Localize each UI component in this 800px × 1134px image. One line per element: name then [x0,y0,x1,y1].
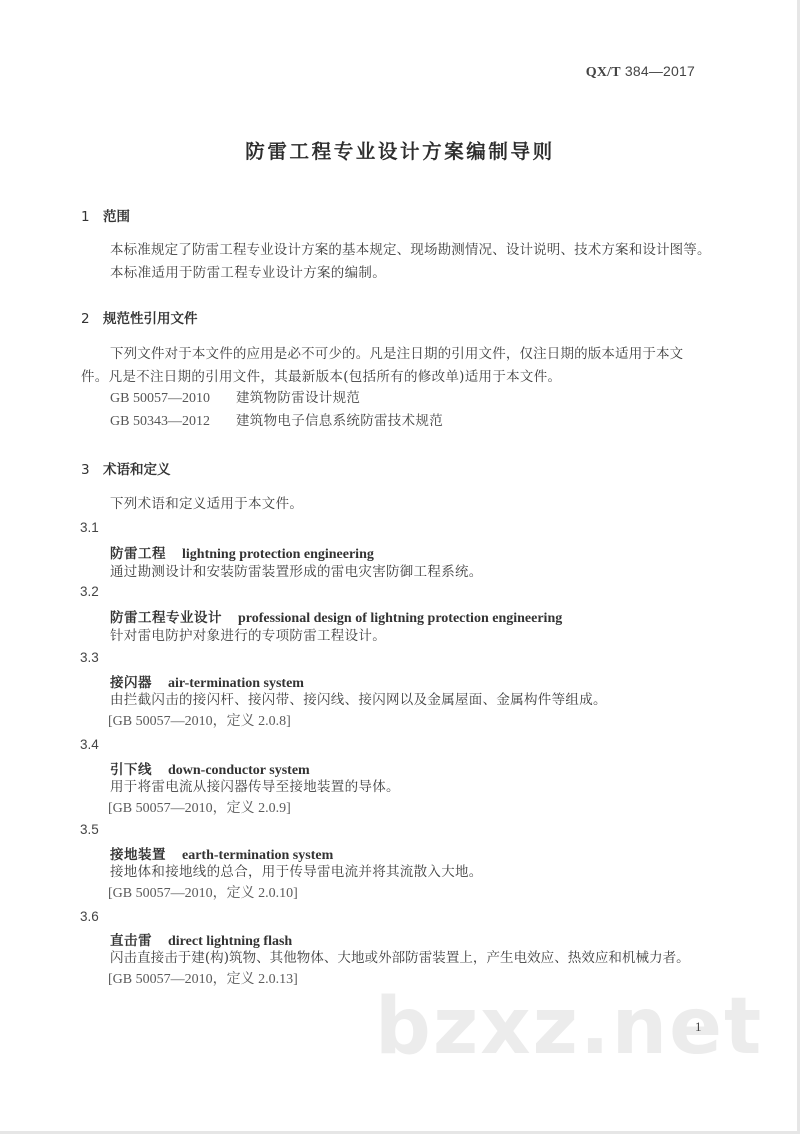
section-title: 术语和定义 [103,462,171,478]
section-title: 规范性引用文件 [103,311,198,327]
term-definition: 通过勘测设计和安装防雷装置形成的雷电灾害防御工程系统。 [110,566,483,580]
term-zh: 接闪器 [110,675,152,691]
watermark: bzxz.net [375,988,763,1066]
term-zh: 防雷工程专业设计 [110,610,222,626]
term-zh: 接地装置 [110,847,166,863]
section-1-heading: 1范围 [81,205,130,225]
paragraph: 本标准规定了防雷工程专业设计方案的基本规定、现场勘测情况、设计说明、技术方案和设… [110,244,711,258]
term-source: [GB 50057—2010，定义 2.0.8] [108,715,291,729]
term-definition: 用于将雷电流从接闪器传导至接地装置的导体。 [110,781,400,795]
term-zh: 直击雷 [110,933,152,949]
section-number: 2 [81,311,103,327]
term-zh: 防雷工程 [110,546,166,562]
term-en: professional design of lightning protect… [238,611,562,626]
standard-code-number: 384—2017 [625,63,695,79]
section-number: 3 [81,462,103,478]
page-number: 1 [695,1019,702,1035]
term-heading: 接地装置earth-termination system [110,843,333,864]
reference-item: GB 50057—2010建筑物防雷设计规范 [110,392,360,406]
section-title: 范围 [103,209,130,225]
reference-title: 建筑物电子信息系统防雷技术规范 [236,413,443,429]
term-heading: 直击雷direct lightning flash [110,929,292,950]
clause-number: 3.2 [80,584,99,599]
clause-number: 3.4 [80,737,99,752]
term-definition: 闪击直接击于建(构)筑物、其他物体、大地或外部防雷装置上，产生电效应、热效应和机… [110,952,690,966]
paragraph-line: 下列文件对于本文件的应用是必不可少的。凡是注日期的引用文件，仅注日期的版本适用于… [110,348,683,362]
document-title: 防雷工程专业设计方案编制导则 [0,136,800,164]
term-source: [GB 50057—2010，定义 2.0.13] [108,973,298,987]
term-heading: 防雷工程专业设计professional design of lightning… [110,606,562,627]
section-2-heading: 2规范性引用文件 [81,307,198,327]
clause-number: 3.5 [80,822,99,837]
term-heading: 防雷工程lightning protection engineering [110,542,374,563]
clause-number: 3.1 [80,520,99,535]
term-heading: 接闪器air-termination system [110,671,304,692]
section-3-heading: 3术语和定义 [81,458,171,478]
reference-code: GB 50057—2010 [110,392,236,406]
reference-code: GB 50343—2012 [110,415,236,429]
reference-item: GB 50343—2012建筑物电子信息系统防雷技术规范 [110,415,443,429]
paragraph-line: 件。凡是不注日期的引用文件，其最新版本(包括所有的修改单)适用于本文件。 [81,371,561,385]
term-definition: 针对雷电防护对象进行的专项防雷工程设计。 [110,630,386,644]
term-heading: 引下线down-conductor system [110,758,310,779]
paragraph: 下列术语和定义适用于本文件。 [110,498,303,512]
term-source: [GB 50057—2010，定义 2.0.9] [108,802,291,816]
term-zh: 引下线 [110,762,152,778]
term-en: earth-termination system [182,848,333,863]
paragraph: 本标准适用于防雷工程专业设计方案的编制。 [110,267,386,281]
term-definition: 接地体和接地线的总合，用于传导雷电流并将其流散入大地。 [110,866,483,880]
term-en: air-termination system [168,676,304,691]
document-page: QX/T 384—2017 防雷工程专业设计方案编制导则 1范围 本标准规定了防… [0,0,800,1134]
term-definition: 由拦截闪击的接闪杆、接闪带、接闪线、接闪网以及金属屋面、金属构件等组成。 [110,694,607,708]
section-number: 1 [81,209,103,225]
standard-code: QX/T 384—2017 [586,63,695,81]
standard-code-prefix: QX/T [586,65,621,80]
clause-number: 3.6 [80,909,99,924]
reference-title: 建筑物防雷设计规范 [236,390,360,406]
term-en: lightning protection engineering [182,547,374,562]
term-en: down-conductor system [168,763,310,778]
term-en: direct lightning flash [168,934,292,949]
term-source: [GB 50057—2010，定义 2.0.10] [108,887,298,901]
clause-number: 3.3 [80,650,99,665]
